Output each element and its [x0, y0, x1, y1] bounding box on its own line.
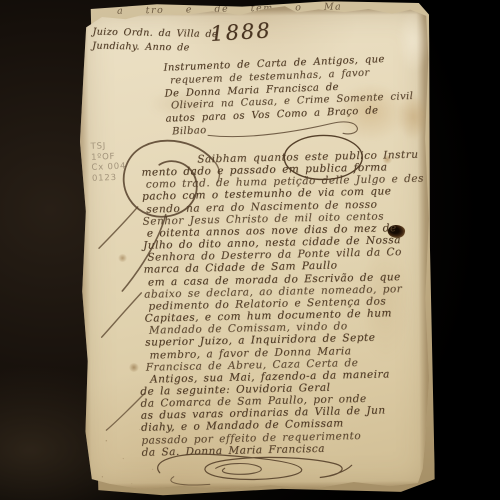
- body-text: Saibham quantos este publico Instru ment…: [133, 149, 416, 459]
- pencil-archive-note: TSJ 1ºOF Cx 004 0123: [90, 140, 126, 183]
- pencil-note-line: Cx 004: [91, 161, 126, 173]
- pencil-note-line: 0123: [92, 172, 127, 184]
- manuscript-paper: Juizo Ordn. da Villa de Jundiahy. Anno d…: [76, 5, 434, 496]
- abstract-block: Instrumento de Carta de Antigos, que req…: [163, 53, 418, 140]
- court-heading: Juizo Ordn. da Villa de Jundiahy. Anno d…: [92, 26, 218, 56]
- foxing-spot: [118, 254, 127, 262]
- year-figure: 1888: [210, 18, 273, 46]
- photo-background: a tro e de tem o Ma Juizo Ordn. da Villa…: [0, 0, 500, 500]
- court-heading-line: Jundiahy. Anno de: [92, 39, 218, 55]
